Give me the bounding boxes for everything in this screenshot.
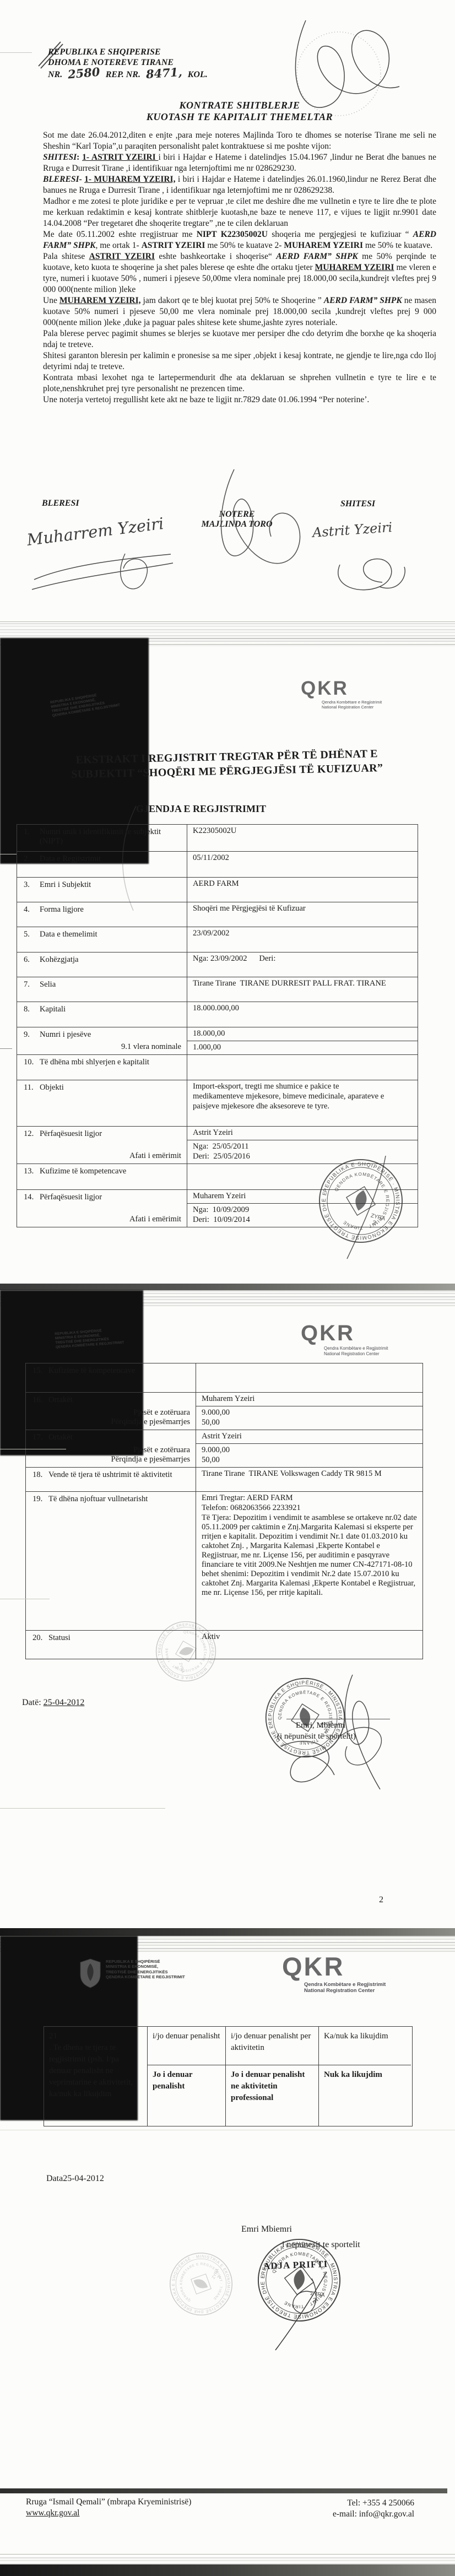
qkr-logo-subtitle: Qendra Kombëtare e Regjistrimit National… [324, 1346, 388, 1356]
date-value: 25-04-2012 [44, 1698, 85, 1707]
contract-body: Sot me date 26.04.2012,diten e enjte ,pa… [43, 130, 436, 405]
registry-row-number: 12. [24, 1129, 36, 1139]
registry-row: 9.Numri i pjesëve9.1 vlera nominale18.00… [17, 1027, 418, 1054]
contract-paragraph: Kontrata mbasi lexohet nga te larteperme… [43, 372, 436, 394]
registry-row-value-group: Tirane Tirane TIRANE Volkswagen Caddy TR… [196, 1468, 422, 1481]
contract-paragraph: Sot me date 26.04.2012,diten e enjte ,pa… [43, 130, 436, 152]
penalty-value-cell: Jo i denuar penalisht [147, 2065, 225, 2126]
penalty-row-number: 21 [49, 2031, 142, 2042]
registry-row-value: Muharem Yzeiri [202, 1394, 417, 1404]
nr-label: NR. [48, 70, 62, 79]
registry-row-value: Emri Tregtar: AERD FARM [202, 1493, 417, 1503]
scan-artifact [0, 1599, 50, 1599]
scan-noise-band [0, 2557, 455, 2565]
qkr-logo-subtitle: Qendra Kombëtare e Regjistrimit National… [322, 700, 382, 710]
qkr-sub-english: National Registration Center [304, 1988, 386, 1994]
registry-row-value: Telefon: 0682063566 2233921 [202, 1503, 417, 1513]
emblem-line: REPUBLIKA E SHQIPËRISË [106, 1959, 243, 1964]
registry-row-value-group: Muharem Yzeiri [196, 1393, 422, 1406]
shield-icon [79, 1958, 101, 1989]
contract-paragraph: Me date 05.11.2002 eshte rregjistruar me… [43, 229, 436, 251]
registry-row-sublabel: Afati i emërimit [24, 1151, 181, 1161]
registry-row-sublabels: 9.1 vlera nominale [24, 1042, 183, 1053]
registry-row-value: 1.000,00 [193, 1043, 412, 1053]
footer-address: Rruga “Ismail Qemali” (mbrapa Kryeminist… [26, 2497, 191, 2508]
seller-signature-flourish [326, 543, 414, 595]
registry-row-number: 10. [24, 1058, 36, 1067]
text-segment: Shitesi garanton bleresin per kalimin e … [43, 351, 436, 371]
text-segment: NIPT K22305002U [197, 230, 268, 239]
footer-phone: Tel: +355 4 250066 [248, 2498, 414, 2509]
text-segment: Une noterja vertetoj rregullisht kete ak… [43, 395, 369, 404]
registry-row-value: Aktiv [202, 1632, 417, 1642]
registry-row-number: 5. [24, 930, 36, 939]
registry-row-value-group: Tirane Tirane TIRANE DURRESIT PALL FRAT.… [187, 977, 418, 991]
registry-row-label: Numri i pjesëve [40, 1030, 91, 1040]
nr-handwritten-value: 2580 [68, 67, 101, 80]
registry-row-value-cell: 18.000,001.000,00 [187, 1027, 418, 1054]
registry-row-number: 11. [24, 1083, 36, 1092]
text-segment: eshte bashkeortake i shoqerise“ [155, 252, 276, 261]
registry-row-sublabel: 9.1 vlera nominale [24, 1042, 181, 1052]
registry-row-value-group: 05/11/2002 [187, 852, 418, 865]
registry-row-label: Të dhëna njoftuar vullnetarisht [48, 1495, 148, 1504]
registry-row-sublabels: Pjesët e zotëruaraPërqindja e pjesëmarrj… [32, 1408, 192, 1428]
text-segment: SHITESI [43, 153, 77, 162]
registry-row-value: Import-eksport, tregti me shumice e paki… [193, 1082, 412, 1092]
registry-row-number: 2. [24, 854, 36, 864]
registry-row-number: 15. [32, 1366, 45, 1376]
registry-row: 7.SeliaTirane Tirane TIRANE DURRESIT PAL… [17, 977, 418, 1002]
registry-row-label-cell: 4.Forma ligjore [17, 902, 187, 927]
registry-row-label-cell: 14.Përfaqësuesit ligjorAfati i emërimit [17, 1190, 187, 1227]
contract-paragraph: Madhor e me zotesi te plote juridike e p… [43, 196, 436, 229]
text-segment: MUHAREM YZEIRI [284, 241, 363, 250]
registry-row-value: Astrit Yzeiri [193, 1128, 412, 1138]
pen-stroke [325, 1153, 413, 1263]
registry-row: 2.Data e Regjistrimit05/11/2002 [17, 851, 418, 877]
footer-contact-block: Tel: +355 4 250066 e-mail: info@qkr.gov.… [248, 2498, 414, 2520]
registry-row-label-cell: 6.Kohëzgjatja [17, 953, 187, 977]
qkr-sub-english: National Registration Center [322, 705, 382, 710]
qkr-logo-letters: QKR [282, 1951, 386, 1982]
contract-paragraph: Une MUHAREM YZEIRI, jam dakort qe te ble… [43, 295, 436, 328]
footer-divider-bar [0, 2488, 447, 2493]
registry-row-number: 20. [32, 1633, 45, 1643]
scan-artifact [0, 2130, 455, 2130]
emblem-line: TREGTISË DHE ENERGJITIKËS [106, 1969, 243, 1974]
qkr-logo: QKR Qendra Kombëtare e Regjistrimit Nati… [301, 678, 382, 710]
text-segment: Pala shitese [43, 252, 89, 261]
section-title: GJENDJA E REGJISTRIMIT [33, 803, 369, 815]
text-segment: , me ortak 1- [95, 241, 141, 250]
registry-row-value-group: AERD FARM [187, 878, 418, 891]
registry-row-label-cell: 19.Të dhëna njoftuar vullnetarisht [26, 1492, 196, 1630]
registry-row-value-cell: 05/11/2002 [187, 852, 418, 877]
registry-row-value-cell: AERD FARM [187, 878, 418, 902]
penalty-value-cell: Nuk ka likujdim [318, 2065, 411, 2126]
registry-row-value: medikamenteve mjekesore, bimeve medicina… [193, 1092, 412, 1102]
page-separator-line [0, 621, 455, 622]
registry-row-sublabel: Përqindja e pjesëmarrjes [32, 1417, 190, 1427]
registry-row: 5.Data e themelimit23/09/2002 [17, 927, 418, 952]
qkr-logo-subtitle: Qendra Kombëtare e Regjistrimit National… [304, 1982, 386, 1994]
contract-page: REPUBLIKA E SHQIPERISE DHOMA E NOTEREVE … [0, 0, 455, 611]
text-segment: 1- MUHAREM YZEIRI, [84, 175, 175, 184]
rep-handwritten-value: 8471, [145, 67, 182, 80]
notary-signature [182, 464, 311, 585]
registry-row-label: Kapitali [40, 1005, 66, 1014]
penalty-row-label: . Te dhena te tjera te regjistrimit (psh… [49, 2042, 142, 2100]
registry-row-value-cell: 18.000.000,00 [187, 1002, 418, 1027]
qkr-sub-albanian: Qendra Kombëtare e Regjistrimit [324, 1346, 388, 1351]
registry-row: 6.KohëzgjatjaNga: 23/09/2002 Deri: [17, 952, 418, 977]
qkr-logo-letters: QKR [301, 678, 382, 700]
penalty-header-cell: Ka/nuk ka likujdim [318, 2027, 411, 2065]
registry-row-value: Të Tjera: Depozitim i vendimit te asambl… [202, 1513, 417, 1598]
registry-row-value: AERD FARM [193, 879, 412, 889]
text-segment: Me date 05.11.2002 eshte rregjistruar me [43, 230, 197, 239]
eagle-icon [186, 2269, 216, 2299]
registry-row-value: 50,00 [202, 1418, 417, 1428]
text-segment: AERD FARM” SHPK [276, 252, 358, 261]
text-segment: - [79, 175, 84, 184]
registry-row-label: Forma ligjore [40, 905, 84, 914]
seller-signature: Astrit Yzeiri [312, 519, 393, 540]
date-label: Datë: [22, 1698, 41, 1707]
registry-row-sublabels: Afati i emërimit [24, 1151, 183, 1162]
registry-row-value-cell: Emri Tregtar: AERD FARMTelefon: 06820635… [196, 1492, 422, 1630]
registry-row-label-cell: 7.Selia [17, 977, 187, 1002]
registry-row-label: Kohëzgjatja [40, 955, 79, 965]
registry-row-value: Tirane Tirane TIRANE Volkswagen Caddy TR… [202, 1469, 417, 1479]
registry-row-label-cell: 15.Kufizime të kompetencave [26, 1363, 196, 1392]
registry-row: 18.Vende të tjera të ushtrimit të aktivi… [26, 1467, 422, 1491]
buyer-signature: Muharrem Yzeiri [26, 514, 165, 549]
clerk-signature-scribble [273, 1735, 353, 1793]
registry-extract-page-3: REPUBLIKA E SHQIPËRISË MINISTRIA E EKONO… [0, 1936, 455, 2576]
registry-row-value-cell: K22305002U [187, 825, 418, 851]
text-segment: ASTRIT YZEIRI [142, 241, 205, 250]
text-segment: Une [43, 296, 59, 305]
qkr-sub-albanian: Qendra Kombëtare e Regjistrimit [322, 700, 382, 705]
registry-row-number: 6. [24, 955, 36, 965]
registry-row-label-cell: 13.Kufizime të kompetencave [17, 1164, 187, 1189]
registry-table: 15.Kufizime të kompetencave16.OrtakëtPje… [25, 1363, 423, 1659]
text-segment: MUHAREM YZEIRI, [59, 296, 141, 305]
text-segment: shoqeria me pergjegjesi te kufiziuar “ [268, 230, 413, 239]
registry-row-label: Kufizime të kompetencave [48, 1366, 135, 1376]
scanned-document: REPUBLIKA E SHQIPERISE DHOMA E NOTEREVE … [0, 0, 455, 2576]
penalty-header-cell: i/jo denuar penalisht [147, 2027, 225, 2065]
scan-artifact [0, 854, 17, 854]
registry-row: 15.Kufizime të kompetencave [26, 1363, 422, 1392]
text-segment: 1- ASTRIT YZEIRI [82, 153, 158, 162]
registry-row: 3.Emri i SubjektitAERD FARM [17, 877, 418, 902]
registry-row-number: 8. [24, 1005, 36, 1014]
footer-website[interactable]: www.qkr.gov.al [26, 2508, 191, 2519]
registry-row-number: 16. [32, 1395, 45, 1405]
text-segment: Madhor e me zotesi te plote juridike e p… [43, 197, 436, 228]
registry-row-value-cell: Import-eksport, tregti me shumice e paki… [187, 1080, 418, 1126]
text-segment: Sot me date 26.04.2012,diten e enjte ,pa… [43, 131, 436, 151]
registry-row: 19.Të dhëna njoftuar vullnetarishtEmri T… [26, 1491, 422, 1630]
registry-row-value: Shoqëri me Përgjegjësi të Kufizuar [193, 904, 412, 914]
text-segment: BLERESI [43, 175, 79, 184]
text-segment: : [77, 153, 82, 162]
registry-row-value: Astrit Yzeiri [202, 1432, 417, 1442]
registry-row-label-cell: 3.Emri i Subjektit [17, 878, 187, 902]
registry-row-label-cell: 16.OrtakëtPjesët e zotëruaraPërqindja e … [26, 1393, 196, 1430]
registry-row-label: Data e themelimit [40, 930, 97, 939]
registry-row-value: Nga: 23/09/2002 Deri: [193, 954, 412, 964]
text-segment: ASTRIT YZEIRI [89, 252, 155, 261]
text-segment: jam dakort qe te blej kuotat prej 50% te… [141, 296, 324, 305]
registry-row: 17.OrtakëtPjesët e zotëruaraPërqindja e … [26, 1430, 422, 1467]
registry-row: 4.Forma ligjoreShoqëri me Përgjegjësi të… [17, 902, 418, 927]
registry-row-value-group: Import-eksport, tregti me shumice e paki… [187, 1080, 418, 1113]
penalty-table: 21 . Te dhena te tjera te regjistrimit (… [44, 2026, 413, 2126]
registry-row-label: Objekti [40, 1083, 64, 1092]
registry-row-value-cell: Aktiv [196, 1631, 422, 1659]
penalty-table-label-cell: 21 . Te dhena te tjera te regjistrimit (… [44, 2027, 147, 2126]
registry-row-label: Kufizime të kompetencave [40, 1167, 126, 1176]
page-number: 2 [379, 1895, 383, 1905]
emblem-line: MINISTRIA E EKONOMISË, [106, 1964, 243, 1969]
scan-artifact [0, 1808, 165, 1809]
qkr-logo-letters: QKR [301, 1321, 388, 1346]
registry-row-value: 18.000.000,00 [193, 1004, 412, 1014]
registry-row-value: Nga: 25/05/2011 [193, 1142, 412, 1152]
registry-row-value-group: 23/09/2002 [187, 927, 418, 940]
buyer-label: BLERESI [42, 499, 79, 508]
clerk-signature-scribble [258, 2266, 351, 2355]
registry-row-label: Emri i Subjektit [40, 880, 91, 890]
registry-row-sublabel: Afati i emërimit [24, 1215, 181, 1224]
qkr-logo: QKR Qendra Kombëtare e Regjistrimit Nati… [301, 1321, 388, 1356]
registry-row-number: 14. [24, 1193, 36, 1202]
page-separator-band [0, 1284, 455, 1290]
seller-label: SHITESI [340, 499, 375, 509]
registry-row-value: 23/09/2002 [193, 929, 412, 939]
registry-row-sublabel: Përqindja e pjesëmarrjes [32, 1455, 190, 1464]
registry-row-label-cell: 5.Data e themelimit [17, 927, 187, 952]
text-segment: MUHAREM YZEIRI [315, 263, 394, 272]
notary-chamber-header: REPUBLIKA E SHQIPERISE DHOMA E NOTEREVE … [48, 47, 246, 80]
text-segment: me 50% te kuatave. [363, 241, 432, 250]
emblem-line: QENDRA KOMBËTARE E REGJISTRIMIT [106, 1974, 243, 1979]
eagle-icon [173, 1638, 199, 1664]
registry-row-value: 9.000,00 [202, 1408, 417, 1418]
registry-row: 16.OrtakëtPjesët e zotëruaraPërqindja e … [26, 1392, 422, 1430]
registry-row-value-group: 9.000,0050,00 [196, 1444, 422, 1467]
registry-row-value: 9.000,00 [202, 1446, 417, 1455]
faint-round-stamp: REPUBLIKA E SHQIPËRISË · MINISTRIA E EKO… [168, 2251, 234, 2320]
registry-row-value-group: Shoqëri me Përgjegjësi të Kufizuar [187, 902, 418, 916]
qkr-sub-albanian: Qendra Kombëtare e Regjistrimit [304, 1982, 386, 1988]
footer-email[interactable]: e-mail: info@qkr.gov.al [248, 2509, 414, 2520]
contract-paragraph: SHITESI: 1- ASTRIT YZEIRI i biri i Hajda… [43, 152, 436, 174]
registry-row-label: Vende të tjera të ushtrimit të aktivitet… [48, 1470, 172, 1480]
contract-paragraph: Pala blerese pervec pagimit shumes se bl… [43, 328, 436, 350]
registry-row-value-group: Astrit Yzeiri [187, 1127, 418, 1140]
registry-row-number: 13. [24, 1167, 36, 1176]
registry-row-number: 1. [24, 827, 36, 846]
registry-row-label: Të dhëna mbi shlyerjen e kapitalit [40, 1058, 149, 1067]
registry-row-value-cell: Nga: 23/09/2002 Deri: [187, 953, 418, 977]
registry-row-label: Ortakët [48, 1395, 73, 1405]
contract-title-line1: KONTRATE SHITBLERJE [43, 100, 436, 111]
registry-row-value: paisjeve mjekesore dhe aksesoreve te tyr… [193, 1102, 412, 1112]
qkr-sub-english: National Registration Center [324, 1351, 388, 1357]
registry-row-label-cell: 18.Vende të tjera të ushtrimit të aktivi… [26, 1468, 196, 1491]
header-line-republic: REPUBLIKA E SHQIPERISE [48, 47, 246, 58]
text-segment: AERD FARM” SHPK [324, 296, 402, 305]
registry-row-value-group: 18.000,00 [187, 1027, 418, 1041]
registry-row-number: 9. [24, 1030, 36, 1040]
registry-row-label-cell: 10.Të dhëna mbi shlyerjen e kapitalit [17, 1055, 187, 1080]
registry-row-number: 3. [24, 880, 36, 890]
text-segment: Kontrata mbasi lexohet nga te larteperme… [43, 373, 436, 393]
registry-row-value-group: Emri Tregtar: AERD FARMTelefon: 06820635… [196, 1492, 422, 1599]
registry-row-value-group: 18.000.000,00 [187, 1002, 418, 1015]
registry-row-sublabels: Afati i emërimit [24, 1215, 183, 1225]
header-line-numbers: NR. 2580 REP. NR. 8471, KOL. [48, 68, 246, 80]
registry-row-value-cell: Tirane Tirane TIRANE Volkswagen Caddy TR… [196, 1468, 422, 1491]
text-segment: Pala blerese pervec pagimit shumes se bl… [43, 329, 436, 349]
registry-row-label-cell: 12.Përfaqësuesit ligjorAfati i emërimit [17, 1127, 187, 1163]
registry-row-label-cell: 9.Numri i pjesëve9.1 vlera nominale [17, 1027, 187, 1054]
registry-row-value-group: Astrit Yzeiri [196, 1430, 422, 1443]
registry-row-value-cell: Muharem Yzeiri9.000,0050,00 [196, 1393, 422, 1430]
kol-label: KOL. [188, 70, 208, 79]
registry-row-label: Përfaqësuesit ligjor [40, 1193, 102, 1202]
qkr-logo: QKR Qendra Kombëtare e Regjistrimit Nati… [282, 1951, 386, 1994]
registry-row-value-cell [187, 1055, 418, 1080]
registry-row-value-cell: Astrit Yzeiri9.000,0050,00 [196, 1430, 422, 1467]
registry-row-value: 50,00 [202, 1455, 417, 1465]
scan-artifact [0, 1048, 12, 1049]
faint-round-stamp: REPUBLIKA E SHQIPËRISË · MINISTRIA E EKO… [154, 1620, 218, 1686]
text-segment: me 50% te kuatave 2- [205, 241, 284, 250]
ministry-emblem: REPUBLIKA E SHQIPËRISË MINISTRIA E EKONO… [106, 1959, 243, 1980]
contract-paragraph: Shitesi garanton bleresin per kalimin e … [43, 350, 436, 372]
penalty-header-cell: i/jo denuar penalisht per aktivitetin [225, 2027, 318, 2065]
registry-row-value-group: Nga: 23/09/2002 Deri: [187, 953, 418, 966]
registry-row: 10.Të dhëna mbi shlyerjen e kapitalit [17, 1054, 418, 1080]
registry-extract-page-1: REPUBLIKA E SHQIPËRISË MINISTRIA E EKONO… [0, 638, 455, 1284]
registry-row-label: Data e Regjistrimit [40, 854, 101, 864]
registry-row-label-cell: 2.Data e Regjistrimit [17, 852, 187, 877]
registry-row: 8.Kapitali18.000.000,00 [17, 1002, 418, 1027]
registry-row-number: 19. [32, 1495, 45, 1504]
contract-title: KONTRATE SHITBLERJE KUOTASH TE KAPITALIT… [43, 100, 436, 123]
bottom-scan-band [0, 2564, 455, 2576]
contract-paragraph: BLERESI- 1- MUHAREM YZEIRI, i biri i Haj… [43, 174, 436, 196]
registry-row-label-cell: 1.Numri unik i identifikimit te subjekti… [17, 825, 187, 851]
scan-artifact [0, 2554, 455, 2555]
registry-row-value: Tirane Tirane TIRANE DURRESIT PALL FRAT.… [193, 979, 412, 989]
registry-row-value-group: Aktiv [196, 1631, 422, 1644]
registry-row-value-cell: Shoqëri me Përgjegjësi të Kufizuar [187, 902, 418, 927]
registry-row: 20.StatusiAktiv [26, 1630, 422, 1659]
registry-row-value-group [187, 1055, 418, 1068]
registry-row-value-group: 1.000,00 [187, 1041, 418, 1054]
extract-date: Datë: 25-04-2012 [22, 1698, 84, 1708]
registry-row-label-cell: 11.Objekti [17, 1080, 187, 1126]
registry-row-value-cell: Tirane Tirane TIRANE DURRESIT PALL FRAT.… [187, 977, 418, 1002]
page-separator-band [0, 1928, 455, 1936]
registry-row: 11.ObjektiImport-eksport, tregti me shum… [17, 1080, 418, 1126]
registry-row-label: Statusi [48, 1633, 71, 1643]
buyer-signature-flourish [29, 551, 183, 603]
registry-row-value [202, 1365, 417, 1375]
contract-paragraph: Une noterja vertetoj rregullisht kete ak… [43, 394, 436, 405]
registry-row: 1.Numri unik i identifikimit te subjekti… [17, 825, 418, 851]
registry-row-value-cell: 23/09/2002 [187, 927, 418, 952]
footer-address-block: Rruga “Ismail Qemali” (mbrapa Kryeminist… [26, 2497, 191, 2519]
registry-row-label: Ortakët [48, 1433, 73, 1442]
registry-row-value: 18.000,00 [193, 1029, 412, 1039]
registry-row-number: 18. [32, 1470, 45, 1480]
registry-row-sublabel: Pjesët e zotëruara [32, 1446, 190, 1455]
registry-row-value [193, 1057, 412, 1067]
scan-artifact [0, 1449, 66, 1449]
registry-row-value: 05/11/2002 [193, 853, 412, 863]
scan-artifact [0, 52, 32, 53]
registry-row-value-group: K22305002U [187, 825, 418, 838]
registry-row-label: Selia [40, 980, 56, 989]
registry-row-value: K22305002U [193, 826, 412, 836]
rep-label: REP. NR. [106, 70, 140, 79]
registry-row-sublabel: Pjesët e zotëruara [32, 1408, 190, 1417]
registry-row-label-cell: 8.Kapitali [17, 1002, 187, 1027]
registry-extract-page-2: REPUBLIKA E SHQIPËRISË MINISTRIA E EKONO… [0, 1290, 455, 1918]
registry-row-value-group: 9.000,0050,00 [196, 1406, 422, 1430]
registry-row-label: Numri unik i identifikimit te subjektit … [40, 827, 183, 846]
registry-row-label: Përfaqësuesit ligjor [40, 1129, 102, 1139]
registry-row-number: 7. [24, 980, 36, 989]
contract-paragraph: Pala shitese ASTRIT YZEIRI eshte bashkeo… [43, 251, 436, 295]
registry-row-number: 17. [32, 1433, 45, 1442]
penalty-value-cell: Jo i denuar penalisht ne aktivitetin pro… [225, 2065, 318, 2126]
extract-date: Data25-04-2012 [46, 2174, 104, 2184]
registry-row-value-group [196, 1363, 422, 1377]
registry-row-value-cell [196, 1363, 422, 1392]
registry-row-number: 4. [24, 905, 36, 914]
scan-noise-band [0, 623, 455, 638]
contract-title-line2: KUOTASH TE KAPITALIT THEMELTAR [43, 111, 436, 123]
